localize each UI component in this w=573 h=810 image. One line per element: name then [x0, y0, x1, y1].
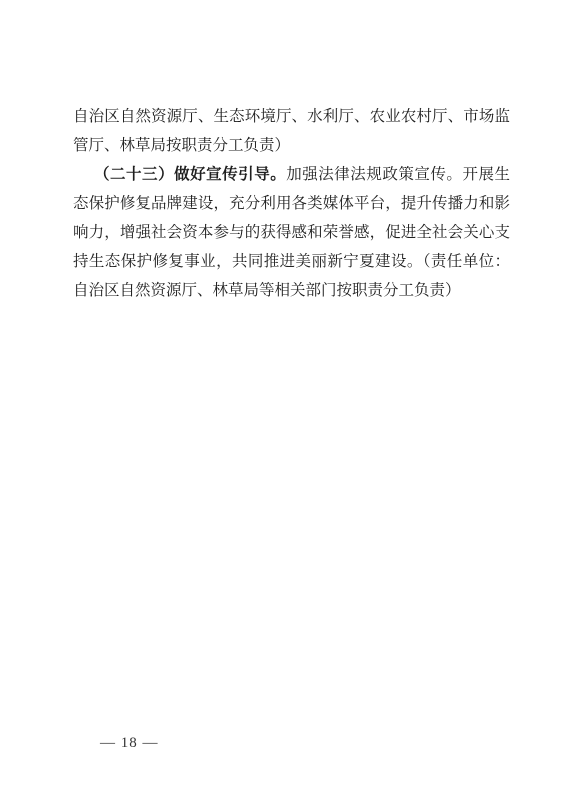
- paragraph-responsibility-continuation: 自治区自然资源厅、生态环境厅、水利厅、农业农村厅、市场监管厅、林草局按职责分工负…: [73, 102, 510, 160]
- document-body: 自治区自然资源厅、生态环境厅、水利厅、农业农村厅、市场监管厅、林草局按职责分工负…: [73, 102, 510, 305]
- document-page: 自治区自然资源厅、生态环境厅、水利厅、农业农村厅、市场监管厅、林草局按职责分工负…: [0, 0, 573, 810]
- section-23-lead-bold: （二十三）做好宣传引导。: [94, 166, 286, 183]
- page-number: — 18 —: [100, 735, 159, 751]
- page-footer: — 18 —: [100, 733, 159, 753]
- paragraph-section-23: （二十三）做好宣传引导。加强法律法规政策宣传。开展生态保护修复品牌建设，充分利用…: [73, 160, 510, 305]
